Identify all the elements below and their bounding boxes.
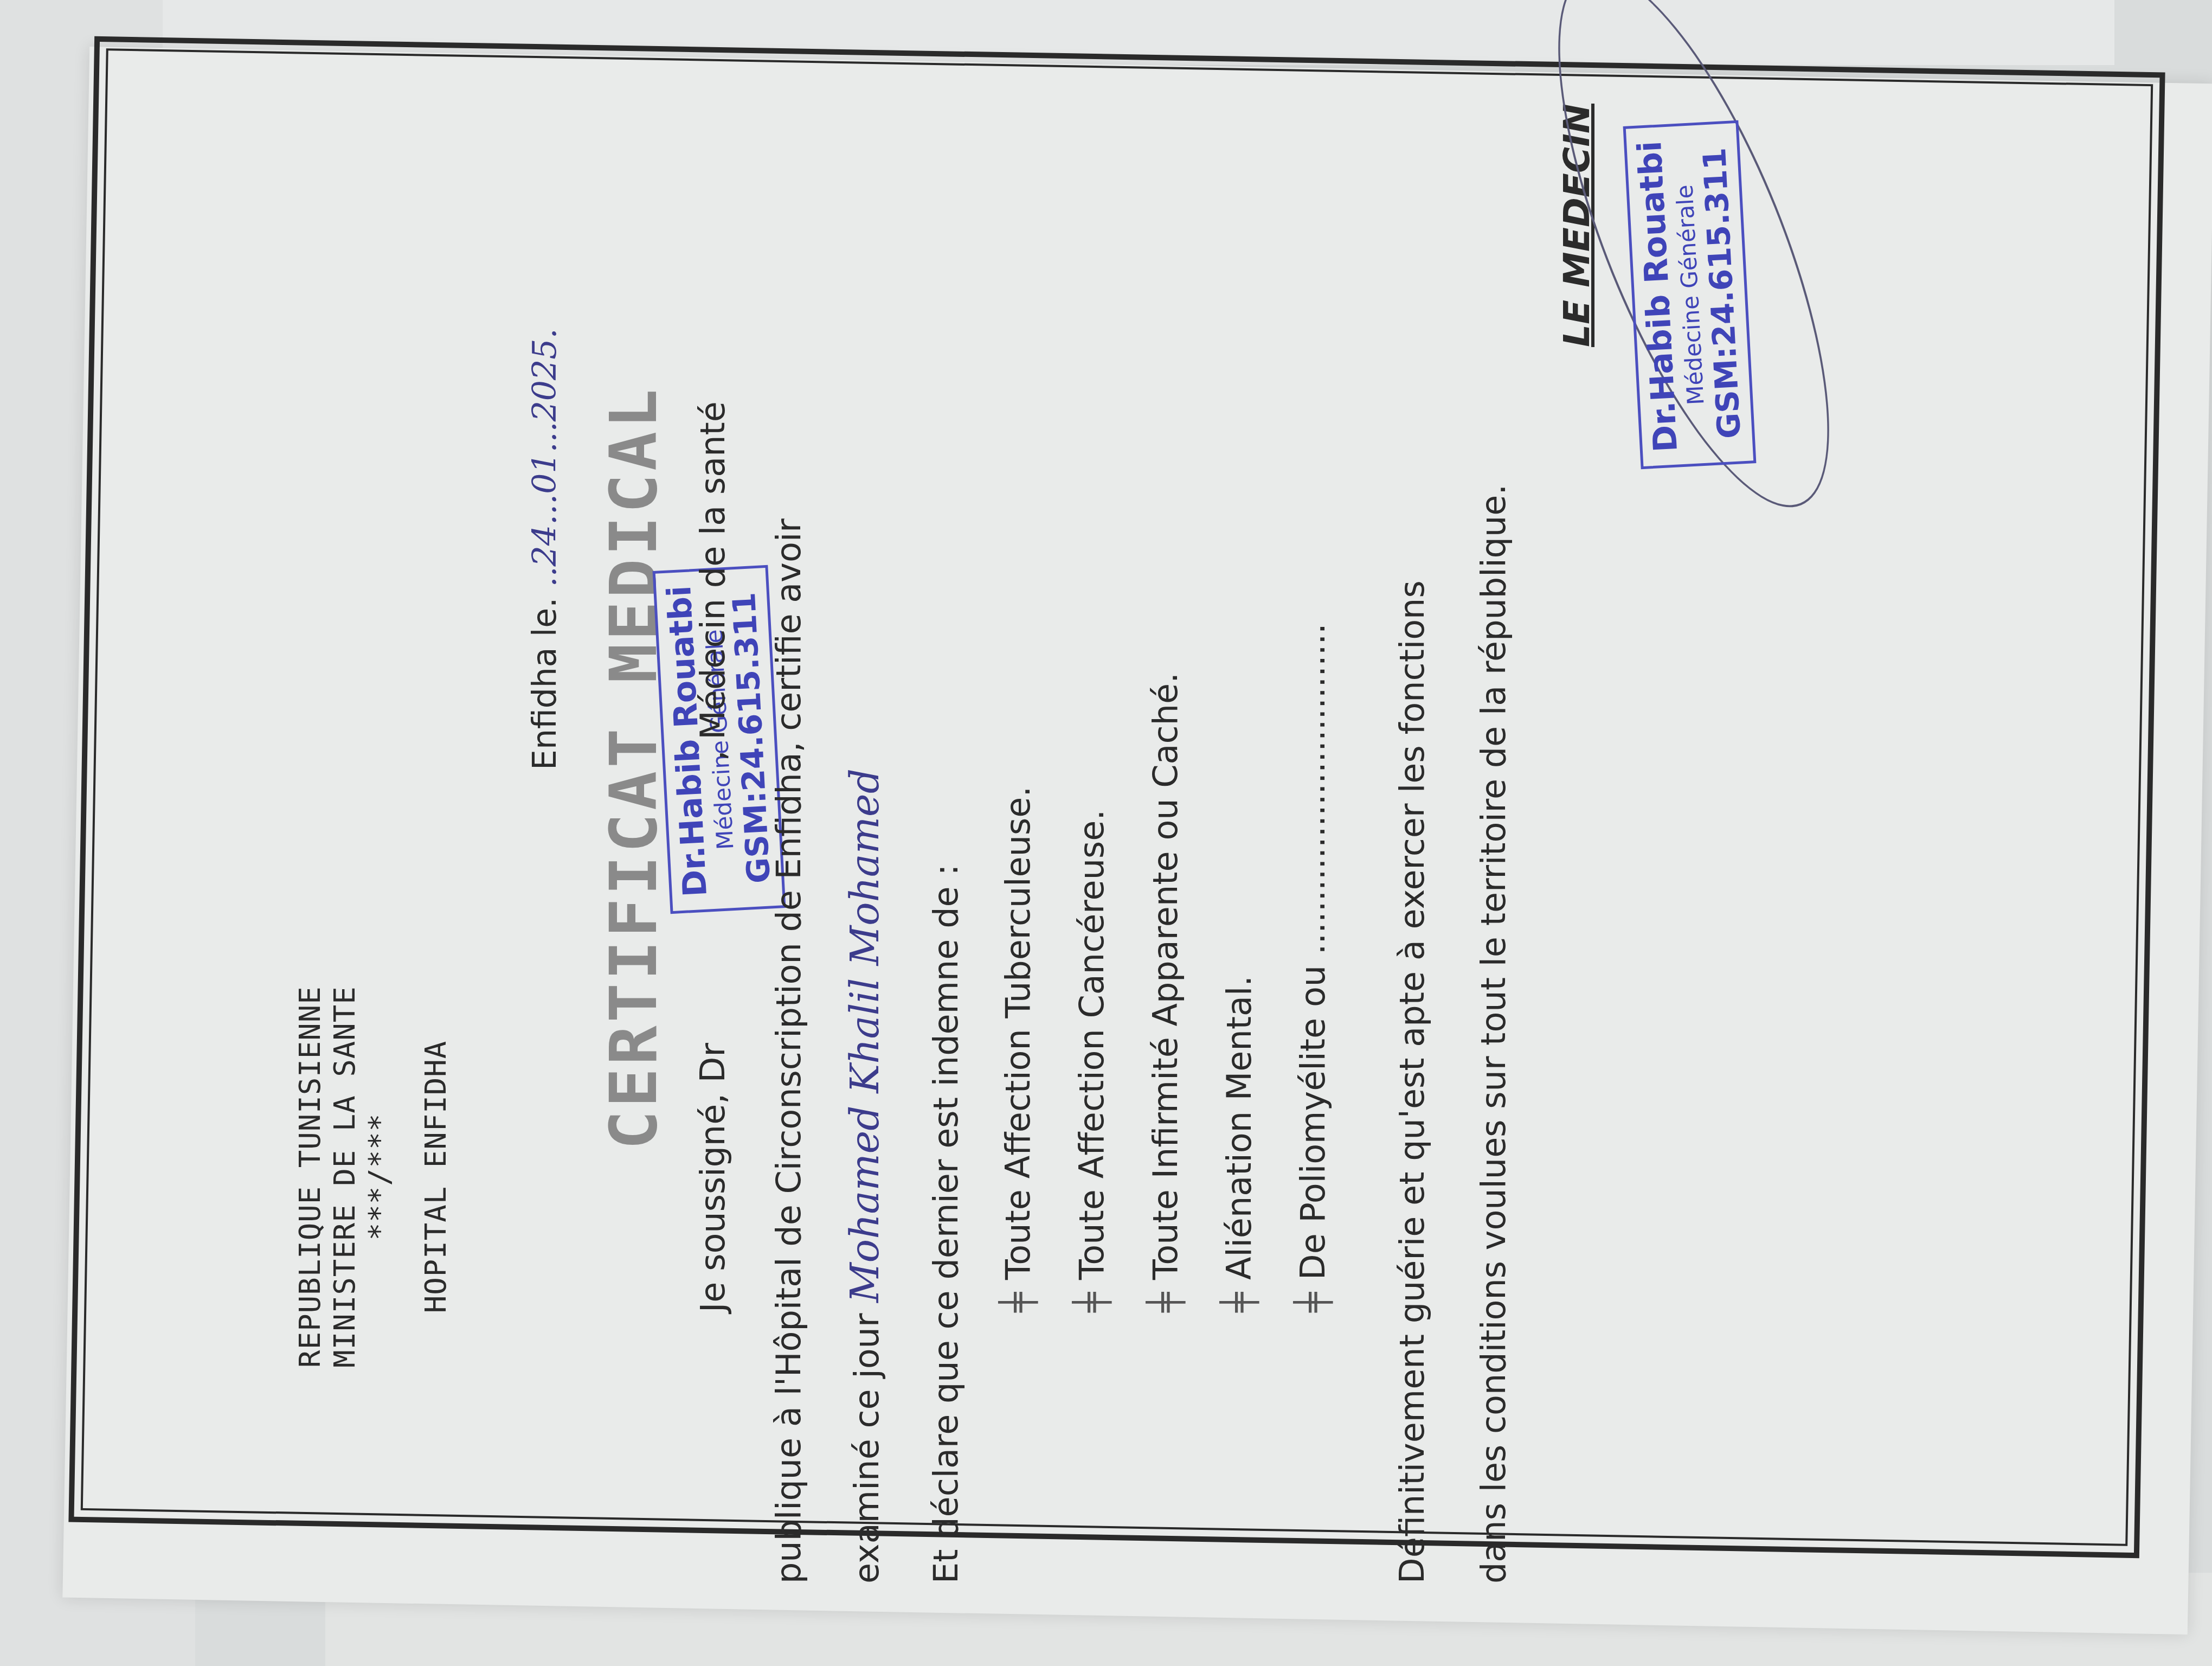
condition-text: Toute Affection Cancéreuse. — [1072, 810, 1111, 1280]
body-line-3: examiné ce jour Mohamed Khalil Mohamed — [824, 141, 908, 1584]
body-line-5: Définitivement guérie et qu'est apte à e… — [1372, 141, 1453, 1584]
body-line-2: publique à l'Hôpital de Circonscription … — [748, 141, 829, 1584]
place-date: Enfidha le. ..24...01...2025. — [526, 329, 564, 770]
condition-item: ╪Toute Affection Tuberculeuse. — [981, 623, 1055, 1312]
condition-text: Toute Infirmité Apparente ou Caché. — [1146, 672, 1185, 1280]
condition-item: ╪Aliénation Mental. — [1203, 623, 1276, 1312]
conditions-list: ╪Toute Affection Tuberculeuse. ╪Toute Af… — [981, 623, 1350, 1312]
condition-text: Aliénation Mental. — [1219, 976, 1259, 1280]
body-line-6: dans les conditions voulues sur tout le … — [1453, 141, 1534, 1584]
document-title: CERTIFICAT MEDICAL — [596, 386, 672, 1150]
place-label: Enfidha le. — [526, 598, 564, 770]
body-line-1: Je soussigné, Dr, Médecin de la santé — [672, 0, 754, 1312]
bullet-icon: ╪ — [1203, 1280, 1276, 1312]
hospital-name: HOPITAL ENFIDHA — [419, 933, 453, 1421]
certificate-content: REPUBLIQUE TUNISIENNE MINISTERE DE LA SA… — [293, 130, 1757, 1584]
country-name: REPUBLIQUE TUNISIENNE — [293, 933, 327, 1421]
condition-item: ╪Toute Infirmité Apparente ou Caché. — [1129, 623, 1203, 1312]
bullet-icon: ╪ — [1276, 1280, 1350, 1312]
handwritten-date: ..24...01...2025. — [526, 329, 564, 587]
body-line-1-suffix: , Médecin de la santé — [693, 401, 732, 761]
bullet-icon: ╪ — [1055, 1280, 1129, 1312]
condition-text: Toute Affection Tuberculeuse. — [998, 786, 1038, 1280]
body-line-4: Et déclare que ce dernier est indemne de… — [905, 141, 987, 1584]
handwritten-patient-name: Mohamed Khalil Mohamed — [842, 768, 888, 1303]
ministry-name: MINISTERE DE LA SANTE — [327, 933, 362, 1421]
header-separator: ***/*** — [362, 933, 397, 1421]
condition-item: ╪Toute Affection Cancéreuse. — [1055, 623, 1129, 1312]
condition-item: ╪De Poliomyélite ou ....................… — [1276, 623, 1350, 1312]
letterhead: REPUBLIQUE TUNISIENNE MINISTERE DE LA SA… — [293, 933, 453, 1421]
signature-stamp: Dr.Habib Rouatbi Médecine Générale GSM:2… — [1623, 120, 1757, 469]
bullet-icon: ╪ — [1129, 1280, 1203, 1312]
body-line-1-prefix: Je soussigné, Dr — [693, 1043, 732, 1312]
bullet-icon: ╪ — [981, 1280, 1055, 1312]
condition-text: De Poliomyélite ou .....................… — [1293, 623, 1333, 1280]
body-line-3-prefix: examiné ce jour — [847, 1313, 886, 1584]
